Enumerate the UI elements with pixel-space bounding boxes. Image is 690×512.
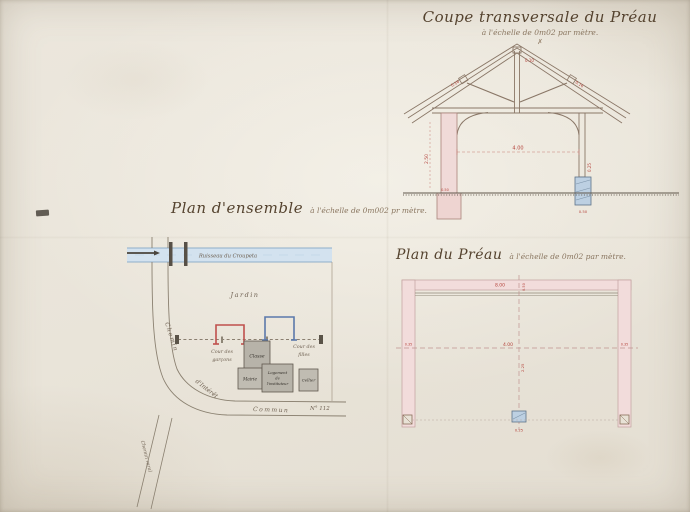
cross-section-scale-note: à l'échelle de 0m02 par mètre.: [400, 28, 680, 37]
preau-plan-drawing: 8.00 0.50 4.00 2.25 0.35 0.35 0.25: [393, 272, 641, 437]
height-dimension: 2.50: [424, 122, 430, 190]
post-dim: 0.25: [587, 163, 592, 172]
axis-dim: 0.50: [522, 283, 526, 291]
roof-rafters: [404, 44, 630, 123]
road-label-commun: Commun: [253, 406, 290, 414]
cross-section-heading: Coupe transversale du Préau à l'échelle …: [400, 7, 680, 46]
king-post-dim: 0.10: [525, 58, 534, 63]
base-dim: 0.50: [579, 209, 588, 214]
garden-label: Jardin: [228, 291, 259, 299]
curved-braces: [457, 113, 579, 136]
half-width-dim: 2.25: [520, 363, 525, 372]
cross-section-title: Coupe transversale du Préau: [423, 8, 658, 26]
vertical-fold-crease: [386, 0, 389, 512]
foundation-dim: 0.50: [441, 188, 449, 192]
preau-plan-heading: Plan du Préau à l'échelle de 0m02 par mè…: [396, 247, 626, 263]
boys-yard-label-1: Cour des: [211, 349, 233, 355]
preau-walls: [402, 280, 631, 427]
center-post-base: [512, 411, 526, 422]
edge-ink-mark: [36, 210, 49, 217]
lodging-label-3: l'instituteur: [267, 382, 289, 386]
right-post: [575, 113, 591, 205]
purlin-blocks: [459, 75, 577, 84]
axis-centerlines: [396, 275, 638, 430]
paper-stain: [545, 430, 655, 485]
truss-struts: [467, 83, 567, 102]
rural-road: [137, 415, 172, 509]
site-plan-title: Plan d'ensemble: [171, 199, 303, 217]
cross-section-drawing: 4.00 2.50 0.16 0.10 0.16 0.25 0.50 0.50: [395, 42, 685, 242]
rural-road-label: Chemin rural: [139, 440, 153, 473]
height-dim-text: 2.50: [424, 154, 430, 164]
stream-label: Ruisseau du Croupeta: [198, 254, 257, 260]
preau-plan-scale-note: à l'échelle de 0m02 par mètre.: [509, 252, 626, 261]
classroom-label: Classe: [249, 354, 264, 360]
length-dim: 8.00: [495, 283, 505, 289]
lodging-label-2: de: [275, 377, 279, 381]
girls-yard-label-2: filles: [297, 352, 310, 358]
cellar-label: Cellier: [302, 378, 317, 383]
site-plan-heading: Plan d'ensemble à l'échelle de 0m002 pr …: [171, 199, 427, 217]
scanned-drawing-page: Coupe transversale du Préau à l'échelle …: [0, 0, 690, 512]
rafter-dim-right: 0.16: [574, 80, 585, 89]
span-dimension: 4.00: [457, 146, 579, 156]
site-plan-drawing: Ruisseau du Croupeta Jardin: [125, 235, 355, 510]
road-label-interet: d'Intérêt: [194, 378, 220, 400]
preau-outline-red: [213, 325, 247, 344]
width-dim: 4.00: [503, 342, 513, 348]
left-masonry-wall: [437, 113, 461, 219]
center-post-dim: 0.25: [515, 428, 524, 433]
stream: Ruisseau du Croupeta: [127, 248, 332, 262]
wall-dim-left: 0.35: [405, 343, 413, 347]
road-number-label: N° 112: [309, 406, 330, 412]
plate-beam-line: [415, 293, 618, 296]
lodging-label-1: Logement: [267, 370, 288, 375]
wall-dim-right: 0.35: [621, 343, 629, 347]
preau-plan-title: Plan du Préau: [396, 247, 502, 263]
span-dim-text: 4.00: [512, 146, 523, 152]
paper-stain: [60, 40, 210, 120]
site-plan-scale-note: à l'échelle de 0m002 pr mètre.: [310, 206, 427, 215]
king-post: [513, 47, 521, 113]
girls-yard-label-1: Cour des: [293, 344, 315, 350]
tie-beam: [432, 108, 603, 113]
boys-yard-label-2: garçons: [212, 358, 232, 363]
townhall-label: Mairie: [242, 377, 257, 382]
